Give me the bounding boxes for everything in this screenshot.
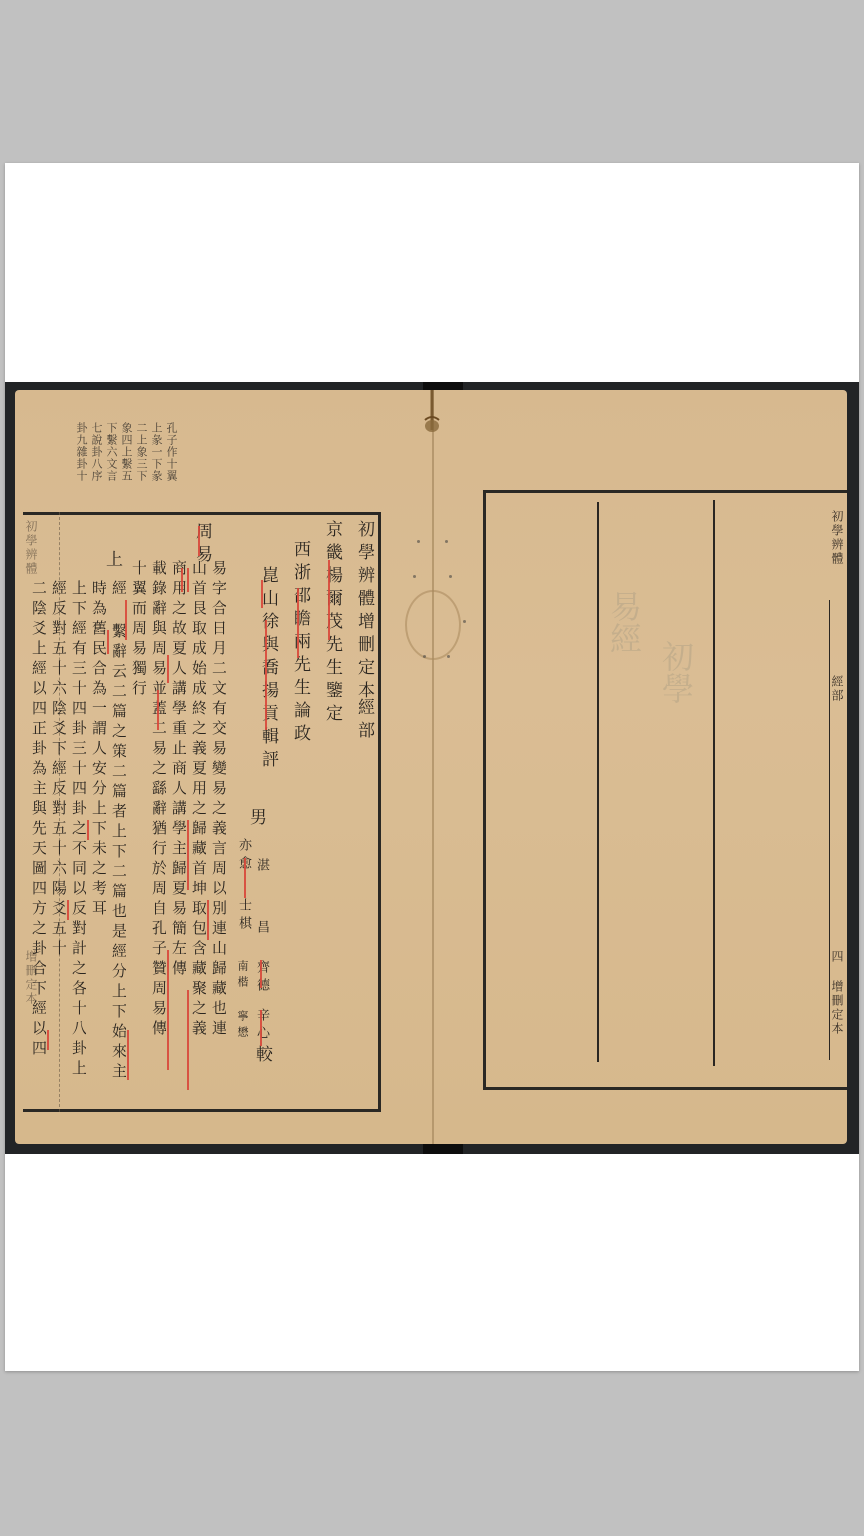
collator-name: 士棋 bbox=[237, 898, 250, 934]
book-gutter bbox=[432, 390, 434, 1144]
annotation-mark bbox=[125, 600, 127, 640]
margin-title: 初學辨體 bbox=[831, 510, 843, 566]
right-page: 易經 初學 初學辨體 經部 四 增刪定本 bbox=[433, 390, 847, 1144]
column-rule bbox=[713, 500, 715, 1066]
spine-shadow-bottom bbox=[423, 1144, 463, 1154]
annotation-mark bbox=[207, 900, 209, 940]
head-note: 七說卦八序 bbox=[91, 422, 102, 512]
bleed-through-text: 易經 bbox=[601, 590, 647, 654]
annotation-mark bbox=[328, 560, 330, 640]
annotation-mark bbox=[187, 568, 189, 592]
head-note: 下繫六文言 bbox=[106, 422, 117, 512]
head-note: 二上象三下 bbox=[136, 422, 147, 512]
bleed-through-text: 初學 bbox=[653, 640, 699, 704]
commentary-column: 易字合日月二文有交易變易之義言周以別連山歸藏也連 bbox=[211, 560, 226, 1100]
body-column: 經 繫辭云二篇之策二篇者上下二篇也是經分上下始來主 bbox=[111, 580, 126, 1100]
paper-stain bbox=[417, 540, 420, 543]
binding-thread-icon bbox=[421, 390, 443, 440]
commentary-column: 十翼而周易獨行 bbox=[131, 560, 146, 760]
annotation-mark bbox=[87, 820, 89, 840]
annotation-mark bbox=[198, 526, 200, 556]
paper-stain bbox=[463, 620, 466, 623]
body-column: 經反對五十六陰爻下經反對五十六陽爻五十 bbox=[51, 580, 66, 1100]
paper-stain bbox=[445, 540, 448, 543]
annotation-mark bbox=[181, 568, 183, 592]
body-column: 時為舊民合為一謂人安分上下未之考耳 bbox=[91, 580, 106, 1100]
margin-section: 經部 bbox=[831, 675, 843, 703]
annotation-mark bbox=[265, 620, 267, 730]
left-page: 孔子作十翼 上彖一下彖 二上象三下 象四上繫五 下繫六文言 七說卦八序 卦九雜卦… bbox=[15, 390, 433, 1144]
body-column: 上下經有三十四卦三十四卦之不同以反對計之各十八卦上 bbox=[71, 580, 86, 1100]
annotation-mark bbox=[127, 1030, 129, 1080]
head-note: 象四上繫五 bbox=[121, 422, 132, 512]
annotation-mark bbox=[67, 900, 69, 920]
body-column: 二陰爻上經以四正卦為主與先天圖四方之卦合下經以四 bbox=[31, 580, 46, 1100]
collate-label: 較 bbox=[253, 1045, 270, 1068]
commentary-column: 商用之故夏人講學重止商人講學主歸夏易簡左傳 bbox=[171, 560, 186, 1100]
annotation-mark bbox=[260, 1010, 262, 1046]
annotation-mark bbox=[187, 990, 189, 1090]
annotation-mark bbox=[297, 588, 299, 658]
section-heading: 上 bbox=[103, 550, 120, 573]
margin-subtitle: 增刪定本 bbox=[831, 980, 843, 1036]
commentary-column: 山首艮取成始成終之義夏用之歸藏首坤取包含藏聚之義 bbox=[191, 560, 206, 1100]
credit-line: 西浙邵瞻兩先生論政 bbox=[291, 540, 308, 747]
collator-name: 南楷 bbox=[237, 960, 248, 992]
annotation-mark bbox=[244, 858, 246, 898]
collator-name: 寧懋 bbox=[237, 1010, 248, 1042]
paper-stain bbox=[423, 655, 426, 658]
book-scan-image: 孔子作十翼 上彖一下彖 二上象三下 象四上繫五 下繫六文言 七說卦八序 卦九雜卦… bbox=[5, 382, 859, 1154]
blank-ruled-frame bbox=[483, 490, 847, 1090]
paper-stain bbox=[447, 655, 450, 658]
paper-stain bbox=[413, 575, 416, 578]
annotation-mark bbox=[167, 655, 169, 683]
head-note: 上彖一下彖 bbox=[151, 422, 162, 512]
commentary-column: 載錄辭與周易並蓋二易之繇辭猶行於周自孔子贊周易傳 bbox=[151, 560, 166, 1100]
annotation-mark bbox=[187, 820, 189, 890]
head-note: 卦九雜卦十 bbox=[76, 422, 87, 512]
annotation-mark bbox=[261, 580, 263, 608]
credit-line: 京畿楊爾茂先生鑒定 bbox=[323, 520, 340, 727]
annotation-mark bbox=[47, 1030, 49, 1050]
collator-name: 昌 bbox=[255, 920, 268, 938]
book-title: 初學辨體增刪定本 bbox=[355, 520, 372, 704]
annotation-mark bbox=[167, 950, 169, 1070]
annotation-mark bbox=[260, 960, 262, 988]
section-label: 經部 bbox=[355, 698, 372, 744]
column-rule bbox=[597, 502, 599, 1062]
head-note: 孔子作十翼 bbox=[166, 422, 177, 512]
fore-edge-text: 初學辨體 bbox=[25, 520, 37, 576]
collator-name: 湛 bbox=[255, 858, 268, 876]
margin-page-number: 四 bbox=[831, 950, 843, 964]
head-notes: 孔子作十翼 上彖一下彖 二上象三下 象四上繫五 下繫六文言 七說卦八序 卦九雜卦… bbox=[37, 422, 177, 512]
annotation-mark bbox=[157, 690, 159, 730]
paper-stain bbox=[449, 575, 452, 578]
sons-label: 男 bbox=[247, 808, 264, 831]
annotation-mark bbox=[107, 630, 109, 654]
spine-shadow-top bbox=[423, 382, 463, 390]
